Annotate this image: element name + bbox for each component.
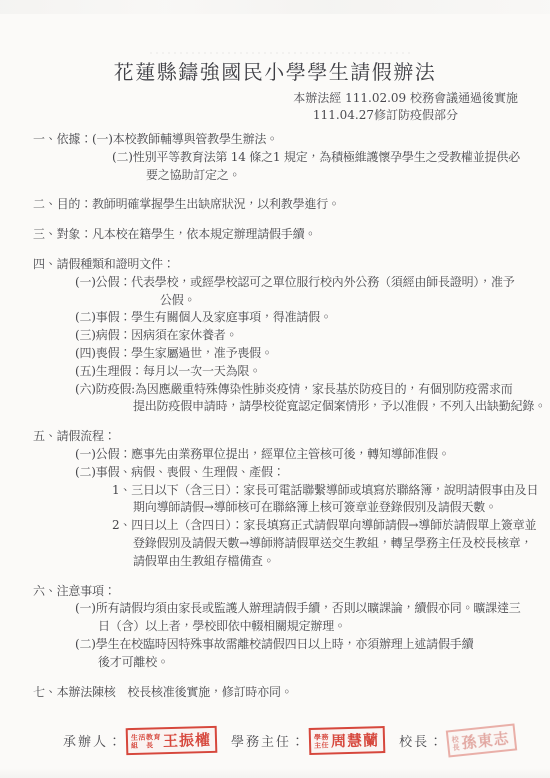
doc-line: 四、請假種類和證明文件： — [33, 256, 550, 274]
doc-line: 後才可離校。 — [98, 654, 550, 672]
seal-stamp-name: 孫東志 — [461, 727, 511, 753]
doc-line: 七、本辦法陳核 校長核准後實施，修訂時亦同。 — [33, 684, 550, 702]
scanned-document-page: 花蓮縣鑄強國民小學學生請假辦法 本辦法經 111.02.09 校務會議通過後實施… — [0, 0, 550, 778]
seal-stamp: 校長孫東志 — [446, 724, 517, 758]
signature-row: 承辦人：生活教育組 長王振權學務主任：學務主任周慧蘭校長：校長孫東志 — [0, 727, 550, 754]
doc-line: (一)公假：代表學校，或經學校認可之單位服行校內外公務（須經由師長證明），准予 — [75, 274, 550, 292]
doc-line: 要之協助訂定之。 — [146, 167, 550, 185]
seal-stamp-title: 學務主任 — [314, 733, 329, 749]
doc-line: 提出防疫假申請時，請學校從寬認定個案情形，予以准假，不列入出缺勤紀錄。 — [133, 398, 550, 416]
doc-line: (二)學生在校臨時因特殊事故需離校請假四日以上時，亦須辦理上述請假手續 — [75, 636, 550, 654]
doc-line: (二)性別平等教育法第 14 條之1 規定，為積極維護懷孕學生之受教權並提供必 — [112, 149, 550, 167]
doc-line: (四)喪假：學生家屬過世，准予喪假。 — [75, 345, 550, 363]
doc-line: 三、對象：凡本校在籍學生，依本規定辦理請假手續。 — [33, 226, 550, 244]
doc-line: (一)所有請假均須由家長或監護人辦理請假手續，否則以曠課論，續假亦同。曠課達三 — [75, 600, 550, 618]
doc-line: 請假單由生教組存檔備查。 — [133, 553, 550, 571]
doc-line: (二)事假：學生有關個人及家庭事項，得准請假。 — [75, 309, 550, 327]
doc-line: (六)防疫假:為因應嚴重特殊傳染性肺炎疫情，家長基於防疫目的，有個別防疫需求而 — [75, 381, 550, 399]
doc-line: (五)生理假：每月以一次一天為限。 — [75, 363, 550, 381]
signature-label: 校長： — [399, 731, 444, 750]
seal-stamp-name: 王振權 — [163, 729, 212, 751]
seal-stamp-title: 校長 — [451, 735, 460, 752]
revision-line-2: 111.04.27修訂防疫假部分 — [0, 107, 550, 124]
seal-stamp-name: 周慧蘭 — [331, 729, 380, 751]
doc-line: 2、四日以上（含四日）：家長填寫正式請假單向導師請假→導師於請假單上簽章並 — [112, 517, 550, 535]
doc-line: 一、依據：(一)本校教師輔導與管教學生辦法。 — [33, 131, 550, 149]
document-title: 花蓮縣鑄強國民小學學生請假辦法 — [0, 0, 550, 85]
doc-line: 日（含）以上者，學校即依中輟相關規定辦理。 — [98, 618, 550, 636]
doc-line: 二、目的：教師明確掌握學生出缺席狀況，以利教學進行。 — [33, 196, 550, 214]
revision-line-1: 本辦法經 111.02.09 校務會議通過後實施 — [0, 90, 550, 107]
doc-line: 1、三日以下（含三日）：家長可電話聯繫導師或填寫於聯絡簿，說明請假事由及日 — [112, 482, 550, 500]
seal-stamp: 生活教育組 長王振權 — [126, 726, 218, 755]
doc-line: 公假。 — [160, 292, 550, 310]
seal-stamp: 學務主任周慧蘭 — [309, 726, 386, 755]
doc-line: 登錄假別及請假天數→導師將請假單送交生教組，轉呈學務主任及校長核章， — [133, 535, 550, 553]
doc-line: (三)病假：因病須在家休養者。 — [75, 327, 550, 345]
signature-label: 學務主任： — [231, 731, 306, 750]
revision-note: 本辦法經 111.02.09 校務會議通過後實施 111.04.27修訂防疫假部… — [0, 90, 550, 124]
seal-stamp-title: 生活教育組 長 — [131, 733, 161, 750]
doc-line: 六、注意事項： — [33, 583, 550, 601]
doc-line: 五、請假流程： — [33, 428, 550, 446]
document-body: 一、依據：(一)本校教師輔導與管教學生辦法。(二)性別平等教育法第 14 條之1… — [0, 131, 550, 701]
signature-label: 承辦人： — [63, 731, 123, 750]
doc-line: 期向導師請假→導師核可在聯絡簿上核可簽章並登錄假別及請假天數。 — [133, 499, 550, 517]
doc-line: (一)公假：應事先由業務單位提出，經單位主管核可後，轉知導師准假。 — [75, 446, 550, 464]
scan-artifact-bottom — [0, 768, 550, 778]
doc-line: (二)事假、病假、喪假、生理假、產假： — [75, 464, 550, 482]
